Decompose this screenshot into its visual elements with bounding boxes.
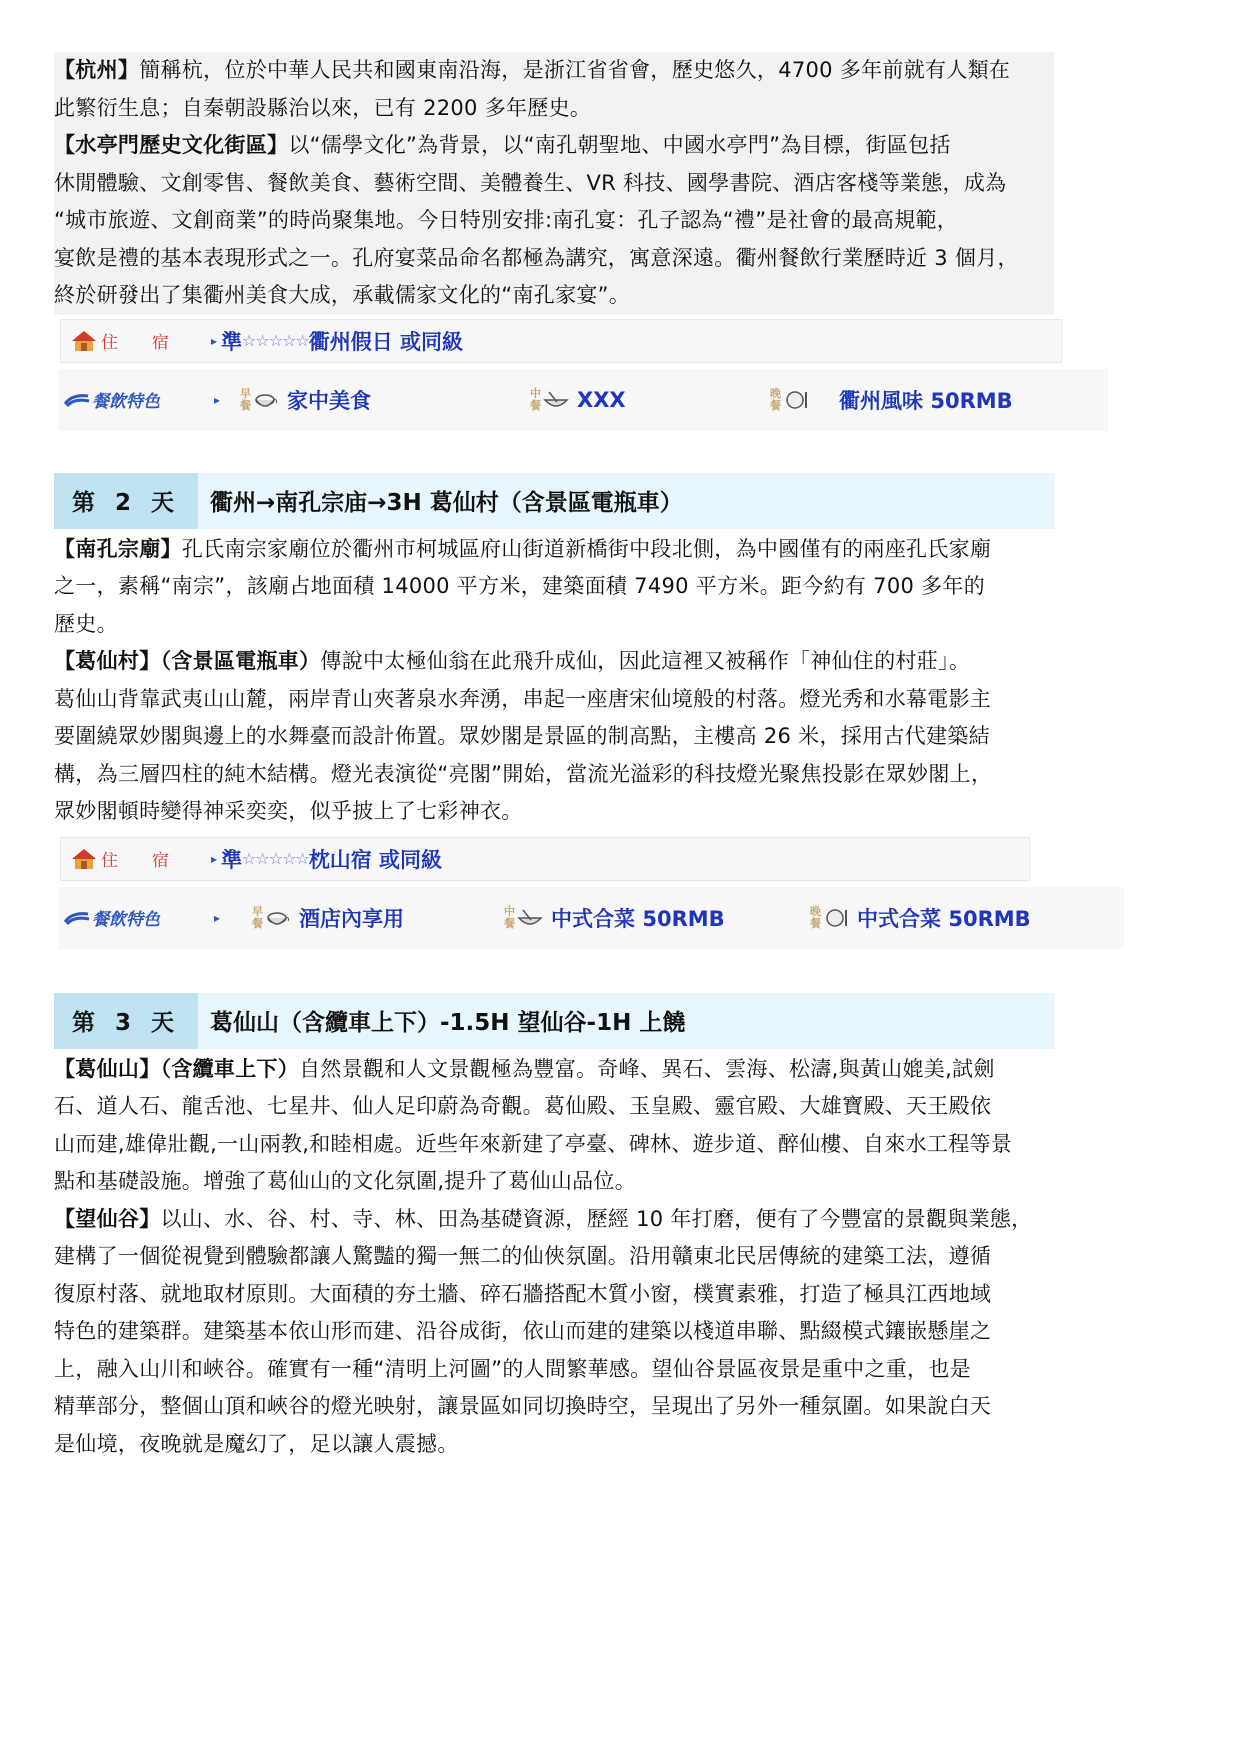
gexiancun-paragraph: 【葛仙村】（含景區電瓶車）傳說中太極仙翁在此飛升成仙，因此這裡又被稱作「神仙住的… — [54, 643, 1054, 831]
gexianshan-paragraph: 【葛仙山】（含纜車上下）自然景觀和人文景觀極為豐富。奇峰、異石、雲海、松濤,與黃… — [54, 1051, 1054, 1201]
meals-row: 餐飲特色 ▸ 早餐 家中美食 中餐 XXX 晚餐 衢州風味 50RMB — [58, 369, 1108, 431]
wangxiangu-paragraph: 【望仙谷】以山、水、谷、村、寺、林、田為基礎資源，歷經 10 年打磨，便有了今豐… — [54, 1201, 1054, 1464]
arrow-icon: ▸ — [211, 334, 217, 348]
arrow-icon: ▸ — [214, 911, 220, 925]
day-route-title: 葛仙山（含纜車上下）-1.5H 望仙谷-1H 上饒 — [198, 1004, 685, 1037]
nankong-paragraph: 【南孔宗廟】孔氏南宗家廟位於衢州市柯城區府山街道新橋街中段北側，為中國僅有的兩座… — [54, 531, 1054, 644]
teacup-icon — [265, 908, 291, 928]
meals-label: 餐飲特色 — [58, 905, 214, 930]
breakfast-tag: 早餐 — [240, 388, 251, 412]
lunch-tag: 中餐 — [504, 906, 515, 930]
dinner: 晚餐 中式合菜 50RMB — [810, 903, 1031, 933]
accommodation-row: 住 宿 ▸ 準☆☆☆☆☆衢州假日 或同級 — [60, 319, 1062, 363]
plate-icon — [783, 390, 809, 410]
dinner-tag: 晚餐 — [810, 906, 821, 930]
section-title: 【望仙谷】 — [54, 1207, 161, 1231]
lunch: 中餐 XXX — [530, 388, 770, 412]
day-header: 第 3 天 葛仙山（含纜車上下）-1.5H 望仙谷-1H 上饒 — [54, 993, 1054, 1049]
section-title: 【水亭門歷史文化街區】 — [54, 133, 288, 157]
day-header: 第 2 天 衢州→南孔宗庙→3H 葛仙村（含景區電瓶車） — [54, 473, 1054, 529]
section-title: 【葛仙村】（含景區電瓶車） — [54, 649, 320, 673]
shuiting-paragraph: 【水亭門歷史文化街區】以“儒學文化”為背景，以“南孔朝聖地、中國水亭門”為目標，… — [54, 127, 1054, 315]
accommodation-label: 住 宿 — [61, 328, 211, 353]
breakfast-tag: 早餐 — [252, 906, 263, 930]
lunch: 中餐 中式合菜 50RMB — [504, 903, 810, 933]
chopsticks-icon — [64, 392, 90, 408]
section-title: 【南孔宗廟】 — [54, 537, 182, 561]
star-rating: ☆☆☆☆☆ — [242, 331, 309, 350]
star-rating: ☆☆☆☆☆ — [242, 849, 309, 868]
itinerary-page: 【杭州】簡稱杭，位於中華人民共和國東南沿海，是浙江省省會，歷史悠久，4700 多… — [54, 52, 1054, 1463]
accommodation-row: 住 宿 ▸ 準☆☆☆☆☆枕山宿 或同級 — [60, 837, 1030, 881]
meals-row: 餐飲特色 ▸ 早餐 酒店內享用 中餐 中式合菜 50RMB 晚餐 中式合菜 50… — [58, 887, 1124, 949]
hangzhou-paragraph: 【杭州】簡稱杭，位於中華人民共和國東南沿海，是浙江省省會，歷史悠久，4700 多… — [54, 52, 1054, 127]
accommodation-label: 住 宿 — [61, 846, 211, 871]
bowl-icon — [517, 908, 543, 928]
chopsticks-icon — [64, 910, 90, 926]
accommodation-value: 準☆☆☆☆☆衢州假日 或同級 — [221, 326, 463, 356]
meals-label: 餐飲特色 — [58, 387, 214, 412]
dinner-tag: 晚餐 — [770, 388, 781, 412]
accommodation-value: 準☆☆☆☆☆枕山宿 或同級 — [221, 844, 442, 874]
breakfast: 早餐 酒店內享用 — [252, 903, 504, 933]
day-number: 第 2 天 — [54, 473, 198, 529]
lunch-tag: 中餐 — [530, 388, 541, 412]
dinner: 晚餐 衢州風味 50RMB — [770, 385, 1013, 415]
teacup-icon — [253, 390, 279, 410]
house-icon — [71, 848, 97, 870]
breakfast: 早餐 家中美食 — [240, 385, 530, 415]
day-number: 第 3 天 — [54, 993, 198, 1049]
arrow-icon: ▸ — [211, 852, 217, 866]
section-title: 【杭州】 — [54, 58, 139, 82]
section-title: 【葛仙山】（含纜車上下） — [54, 1057, 299, 1081]
house-icon — [71, 330, 97, 352]
bowl-icon — [543, 390, 569, 410]
day-route-title: 衢州→南孔宗庙→3H 葛仙村（含景區電瓶車） — [198, 484, 683, 517]
arrow-icon: ▸ — [214, 393, 220, 407]
plate-icon — [823, 908, 849, 928]
